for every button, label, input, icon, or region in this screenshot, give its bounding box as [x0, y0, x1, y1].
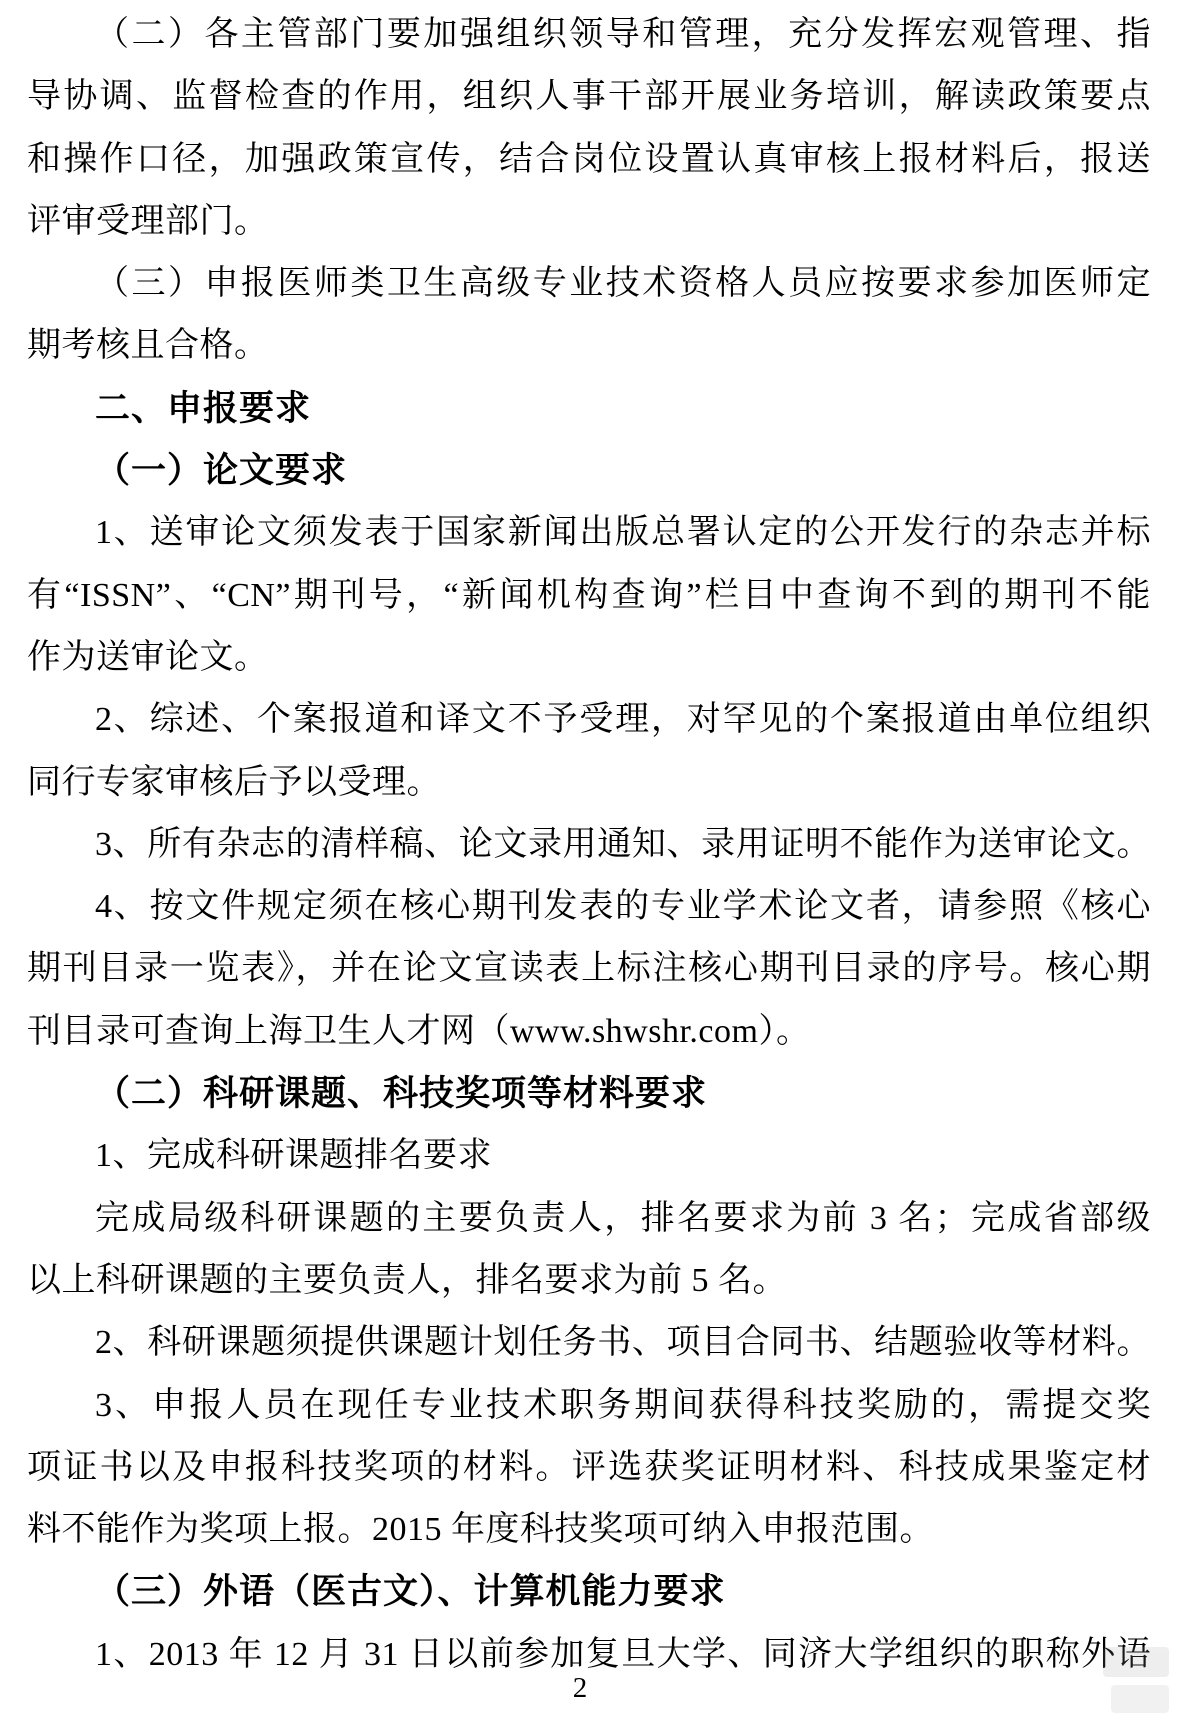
text-line: 刊目录可查询上海卫生人才网（www.shwshr.com）。	[27, 1001, 1151, 1063]
text-line: （二）各主管部门要加强组织领导和管理，充分发挥宏观管理、指	[27, 4, 1151, 66]
text-line: 项证书以及申报科技奖项的材料。评选获奖证明材料、科技成果鉴定材	[27, 1437, 1151, 1499]
document-body: （二）各主管部门要加强组织领导和管理，充分发挥宏观管理、指导协调、监督检查的作用…	[27, 4, 1151, 1686]
text-line: 1、送审论文须发表于国家新闻出版总署认定的公开发行的杂志并标	[27, 502, 1151, 564]
text-line: 导协调、监督检查的作用，组织人事干部开展业务培训，解读政策要点	[27, 66, 1151, 128]
text-line: 期考核且合格。	[27, 315, 1151, 377]
text-line: 2、综述、个案报道和译文不予受理，对罕见的个案报道由单位组织	[27, 689, 1151, 751]
document-page: （二）各主管部门要加强组织领导和管理，充分发挥宏观管理、指导协调、监督检查的作用…	[0, 0, 1181, 1723]
heading-line: （一）论文要求	[27, 440, 1151, 502]
text-line: 2、科研课题须提供课题计划任务书、项目合同书、结题验收等材料。	[27, 1312, 1151, 1374]
heading-line: （二）科研课题、科技奖项等材料要求	[27, 1063, 1151, 1125]
text-line: 作为送审论文。	[27, 627, 1151, 689]
text-line: 料不能作为奖项上报。2015 年度科技奖项可纳入申报范围。	[27, 1499, 1151, 1561]
page-number: 2	[0, 1672, 1160, 1705]
heading-line: （三）外语（医古文）、计算机能力要求	[27, 1561, 1151, 1623]
text-line: 期刊目录一览表》，并在论文宣读表上标注核心期刊目录的序号。核心期	[27, 938, 1151, 1000]
text-line: 4、按文件规定须在核心期刊发表的专业学术论文者，请参照《核心	[27, 876, 1151, 938]
heading-line: 二、申报要求	[27, 378, 1151, 440]
text-line: 3、所有杂志的清样稿、论文录用通知、录用证明不能作为送审论文。	[27, 814, 1151, 876]
text-line: 以上科研课题的主要负责人，排名要求为前 5 名。	[27, 1250, 1151, 1312]
text-line: 3、申报人员在现任专业技术职务期间获得科技奖励的，需提交奖	[27, 1375, 1151, 1437]
text-line: 评审受理部门。	[27, 191, 1151, 253]
text-line: 和操作口径，加强政策宣传，结合岗位设置认真审核上报材料后，报送	[27, 129, 1151, 191]
text-line: 有“ISSN”、“CN”期刊号，“新闻机构查询”栏目中查询不到的期刊不能	[27, 565, 1151, 627]
text-line: （三）申报医师类卫生高级专业技术资格人员应按要求参加医师定	[27, 253, 1151, 315]
text-line: 完成局级科研课题的主要负责人，排名要求为前 3 名；完成省部级	[27, 1188, 1151, 1250]
text-line: 同行专家审核后予以受理。	[27, 752, 1151, 814]
text-line: 1、完成科研课题排名要求	[27, 1125, 1151, 1187]
